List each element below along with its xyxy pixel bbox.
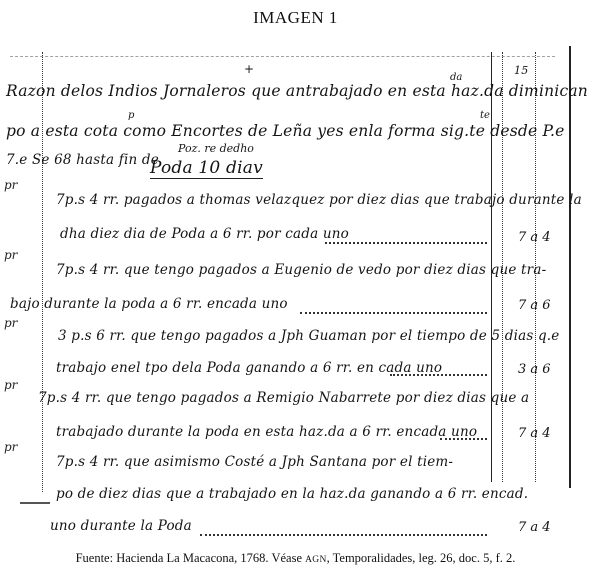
- figure-title: IMAGEN 1: [0, 8, 591, 28]
- entry-3-line-1: 3 p.s 6 rr. que tengo pagados a Jph Guam…: [58, 328, 559, 344]
- entry-5-line-3: uno durante la Poda: [50, 518, 192, 534]
- entry-5-line-1: 7p.s 4 rr. que asimismo Costé a Jph Sant…: [56, 454, 453, 470]
- header-mark: +: [244, 62, 254, 76]
- header-line-1: Razon delos Indios Jornaleros que antrab…: [6, 82, 588, 100]
- header-line-2: po a esta cota como Encortes de Leña yes…: [6, 122, 564, 140]
- entry-5-line-2: po de diez dias que a trabajado en la ha…: [56, 486, 528, 502]
- entry-5-amount: 7 a 4: [518, 520, 551, 535]
- entry-4-leader: [440, 438, 487, 440]
- page-top-edge: [10, 56, 555, 57]
- header-above-title: Poz. re dedho: [178, 142, 254, 155]
- heading-title: Poda 10 diav: [150, 158, 263, 179]
- entry-4-amount: 7 a 4: [518, 426, 551, 441]
- caption-prefix: Fuente: Hacienda La Macacona, 1768. Véas…: [76, 551, 306, 565]
- entry-4-margin-mark: pr: [4, 378, 17, 392]
- caption-archive: AGN: [305, 555, 326, 565]
- header-sup-da: da: [450, 72, 462, 83]
- caption-suffix: , Temporalidades, leg. 26, doc. 5, f. 2.: [327, 551, 516, 565]
- entry-2-amount: 7 a 6: [518, 298, 551, 313]
- entry-1-amount: 7 a 4: [518, 230, 551, 245]
- page-right-edge: [569, 46, 571, 488]
- entry-1-margin-mark: pr: [4, 178, 17, 192]
- entry-3-leader: [390, 374, 487, 376]
- header-line-3: 7.e Se 68 hasta fin de: [6, 152, 159, 168]
- entry-3-margin-mark: pr: [4, 316, 17, 330]
- entry-2-line-1: 7p.s 4 rr. que tengo pagados a Eugenio d…: [56, 262, 546, 278]
- manuscript-page: 15 Razon delos Indios Jornaleros que ant…: [0, 52, 591, 512]
- left-margin-rule: [42, 52, 43, 492]
- entry-2-margin-mark: pr: [4, 248, 17, 262]
- entry-4-line-1: 7p.s 4 rr. que tengo pagados a Remigio N…: [38, 390, 529, 406]
- entry-3-line-2: trabajo enel tpo dela Poda ganando a 6 r…: [56, 360, 442, 376]
- entry-4-line-2: trabajado durante la poda en esta haz.da…: [56, 424, 477, 440]
- entry-5-margin-mark: pr: [4, 440, 17, 454]
- entry-1-line-1: 7p.s 4 rr. pagados a thomas velazquez po…: [56, 192, 582, 208]
- entry-1-line-2: dha diez dia de Poda a 6 rr. por cada un…: [60, 226, 349, 242]
- folio-number: 15: [514, 64, 528, 77]
- entry-3-amount: 3 a 6: [518, 362, 551, 377]
- entry-2-leader: [300, 312, 487, 314]
- entry-5-leader: [200, 534, 487, 536]
- entry-2-line-2: bajo durante la poda a 6 rr. encada uno: [10, 296, 288, 312]
- figure-caption: Fuente: Hacienda La Macacona, 1768. Véas…: [0, 551, 591, 566]
- page-corner-mark: [20, 502, 50, 504]
- header-sup-p: p: [128, 110, 134, 121]
- header-sup-te: te: [480, 110, 490, 121]
- entry-1-leader: [325, 242, 487, 244]
